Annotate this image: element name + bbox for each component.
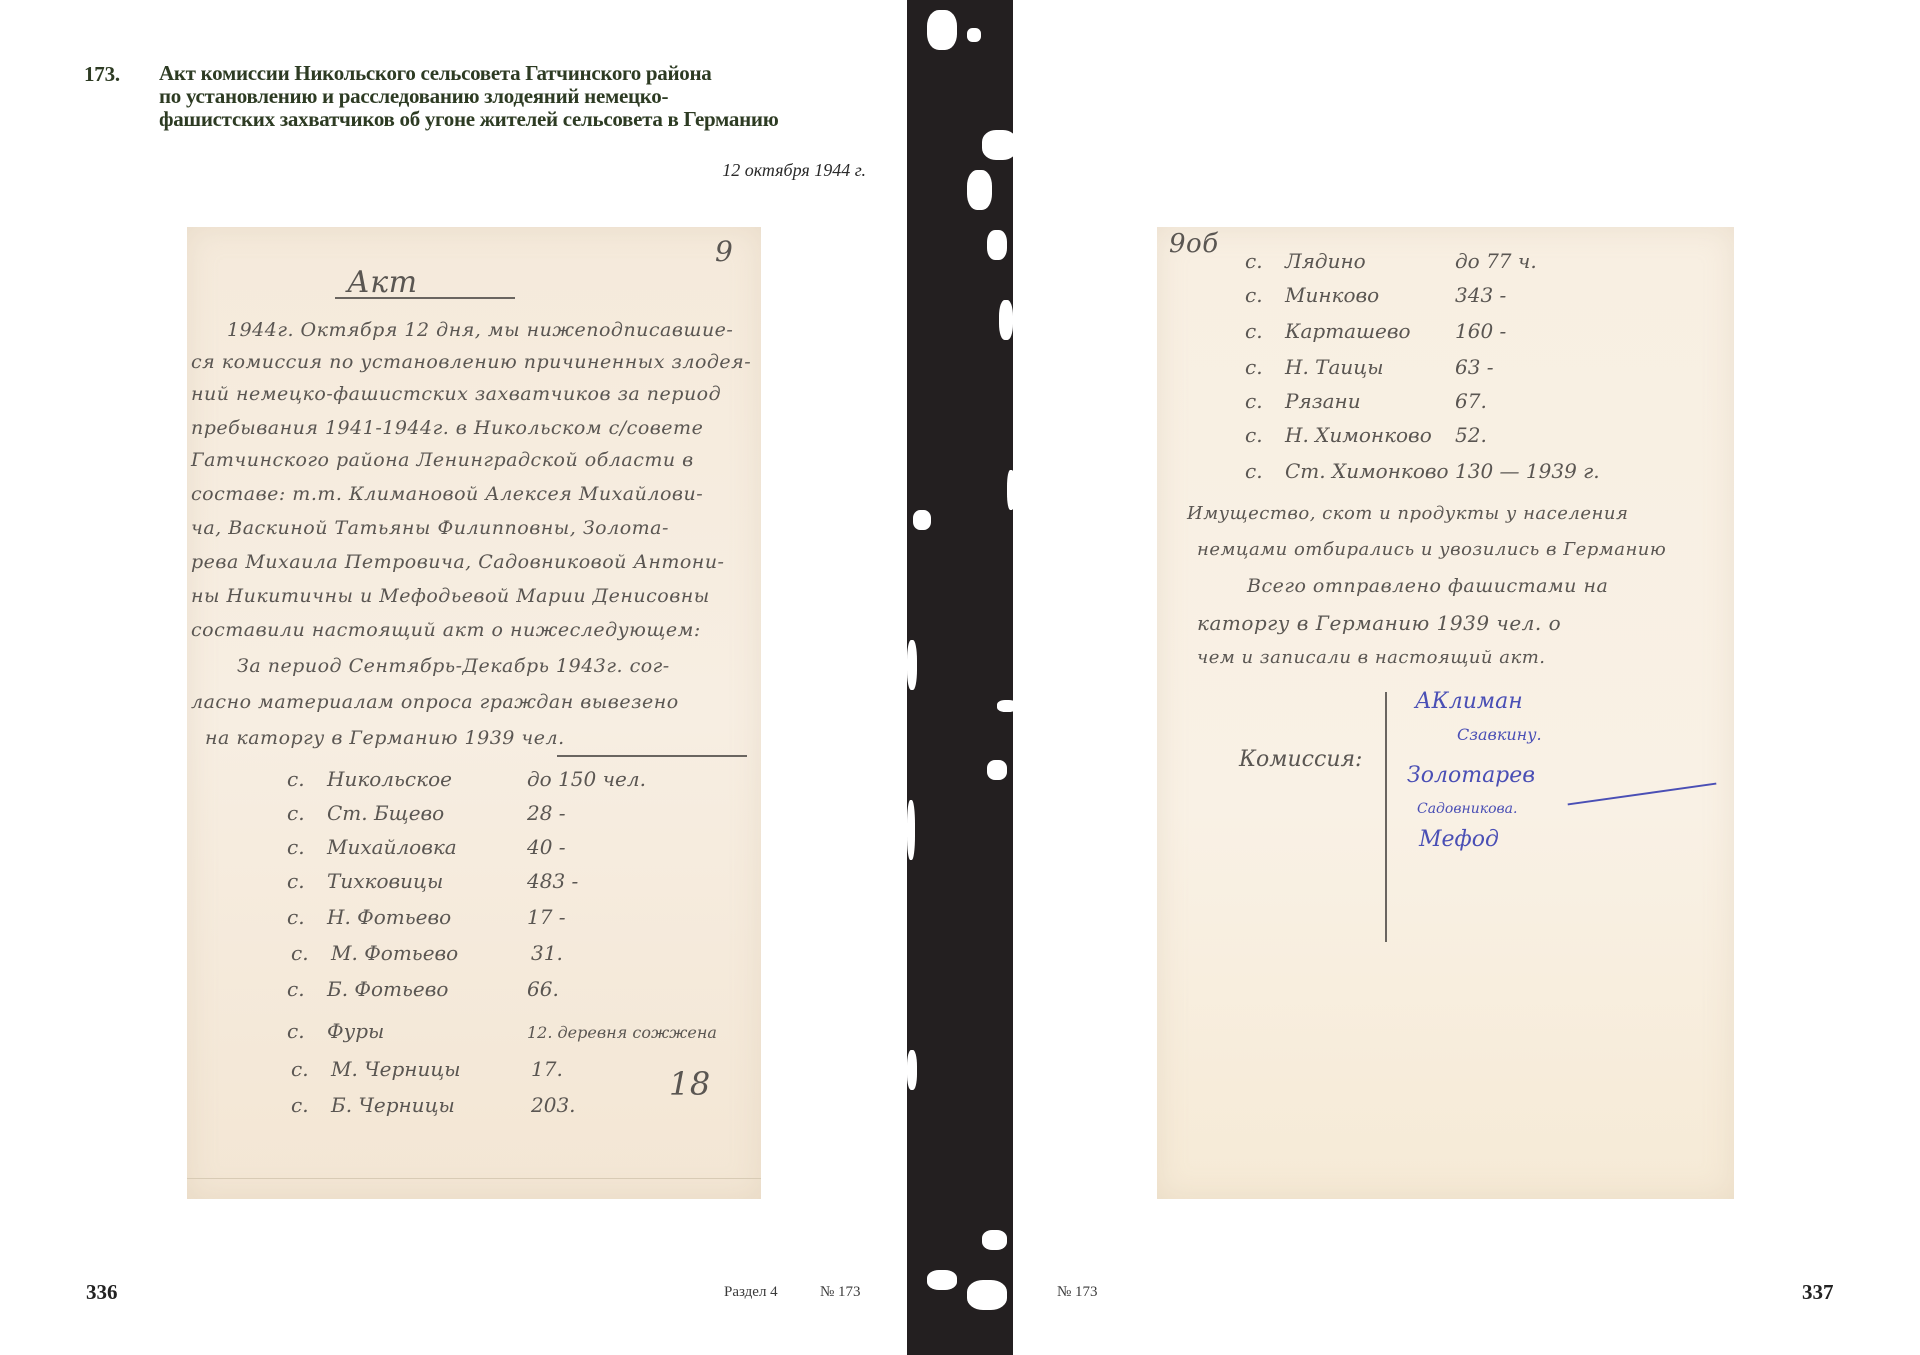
doc-ref-left: № 173 bbox=[820, 1284, 861, 1301]
signature: Мефод bbox=[1419, 827, 1499, 852]
paper-edge-line bbox=[187, 1178, 761, 1179]
village-row: с.Н. Таицы63 - bbox=[1245, 355, 1494, 379]
document-title: Акт комиссии Никольского сельсовета Гатч… bbox=[159, 62, 859, 131]
village-row: с.Ст. Бщево28 - bbox=[287, 801, 566, 825]
document-number: 173. bbox=[84, 62, 120, 87]
page-mark: 18 bbox=[669, 1065, 711, 1103]
title-line: по установлению и расследованию злодеяни… bbox=[159, 85, 859, 108]
handwritten-line: Всего отправлено фашистами на bbox=[1247, 575, 1734, 597]
handwritten-line: пребывания 1941-1944г. в Никольском с/со… bbox=[191, 417, 757, 439]
handwritten-line: 1944г. Октября 12 дня, мы нижеподписавши… bbox=[227, 319, 761, 341]
village-row: с.М. Черницы17. bbox=[291, 1057, 563, 1081]
archive-folio-number: 9об bbox=[1169, 229, 1219, 259]
village-row: с.Н. Химонково52. bbox=[1245, 423, 1487, 447]
doc-ref-right: № 173 bbox=[1057, 1284, 1098, 1301]
handwritten-line: составе: т.т. Климановой Алексея Михайло… bbox=[191, 483, 757, 505]
handwritten-line: Имущество, скот и продукты у населения bbox=[1187, 503, 1734, 524]
village-row: с.Ст. Химонково130 — 1939 г. bbox=[1245, 459, 1600, 483]
handwritten-line: Гатчинского района Ленинградской области… bbox=[191, 449, 757, 471]
signature-stroke bbox=[1568, 783, 1717, 806]
page-number-right: 337 bbox=[1802, 1280, 1834, 1305]
title-line: фашистских захватчиков об угоне жителей … bbox=[159, 108, 859, 131]
village-row: с.Тихковицы483 - bbox=[287, 869, 578, 893]
scan-page-left: 9 Акт 1944г. Октября 12 дня, мы нижеподп… bbox=[187, 227, 761, 1199]
village-row: с.Лядинодо 77 ч. bbox=[1245, 249, 1537, 273]
signature: Садовникова. bbox=[1417, 801, 1517, 817]
handwritten-heading: Акт bbox=[347, 265, 418, 300]
handwritten-line: ласно материалам опроса граждан вывезено bbox=[191, 691, 757, 713]
signature: АКлиман bbox=[1415, 689, 1523, 714]
handwritten-line: составили настоящий акт о нижеследующем: bbox=[191, 619, 757, 641]
document-date: 12 октября 1944 г. bbox=[722, 160, 866, 181]
scan-page-right: 9об с.Лядинодо 77 ч. с.Минково343 - с.Ка… bbox=[1157, 227, 1734, 1199]
signature: Золотарев bbox=[1407, 763, 1535, 788]
book-spread: 173. Акт комиссии Никольского сельсовета… bbox=[0, 0, 1920, 1355]
handwritten-line: ся комиссия по установлению причиненных … bbox=[191, 351, 757, 373]
village-row: с.Н. Фотьево17 - bbox=[287, 905, 566, 929]
handwritten-line: ний немецко-фашистских захватчиков за пе… bbox=[191, 383, 757, 405]
village-row: с.Карташево160 - bbox=[1245, 319, 1506, 343]
handwritten-line: немцами отбирались и увозились в Германи… bbox=[1197, 539, 1734, 560]
handwritten-line: ны Никитичны и Мефодьевой Марии Денисовн… bbox=[191, 585, 757, 607]
page-number-left: 336 bbox=[86, 1280, 118, 1305]
village-row: с.Фуры12. деревня сожжена bbox=[287, 1019, 717, 1043]
archive-folio-number: 9 bbox=[715, 235, 733, 268]
handwritten-line: ча, Васкиной Татьяны Филипповны, Золота- bbox=[191, 517, 757, 539]
village-row: с.М. Фотьево31. bbox=[291, 941, 563, 965]
handwritten-line: рева Михаила Петровича, Садовниковой Ант… bbox=[191, 551, 757, 573]
village-row: с.Рязани67. bbox=[1245, 389, 1487, 413]
total-underline bbox=[557, 755, 747, 757]
handwritten-line: каторгу в Германию 1939 чел. о bbox=[1197, 611, 1734, 635]
handwritten-line: на каторгу в Германию 1939 чел. bbox=[205, 727, 761, 749]
title-line: Акт комиссии Никольского сельсовета Гатч… bbox=[159, 62, 859, 85]
village-row: с.Михайловка40 - bbox=[287, 835, 566, 859]
handwritten-line: За период Сентябрь-Декабрь 1943г. сог- bbox=[237, 655, 761, 677]
village-row: с.Б. Черницы203. bbox=[291, 1093, 576, 1117]
heading-underline bbox=[335, 297, 515, 299]
handwritten-line: чем и записали в настоящий акт. bbox=[1197, 647, 1734, 668]
section-label: Раздел 4 bbox=[724, 1284, 778, 1301]
village-row: с.Минково343 - bbox=[1245, 283, 1506, 307]
village-row: с.Б. Фотьево66. bbox=[287, 977, 559, 1001]
signature-brace bbox=[1385, 692, 1393, 942]
signature: Сзавкину. bbox=[1457, 725, 1542, 744]
commission-label: Комиссия: bbox=[1239, 747, 1362, 772]
binding-strip bbox=[907, 0, 1013, 1355]
village-row: с.Никольскоедо 150 чел. bbox=[287, 767, 646, 791]
